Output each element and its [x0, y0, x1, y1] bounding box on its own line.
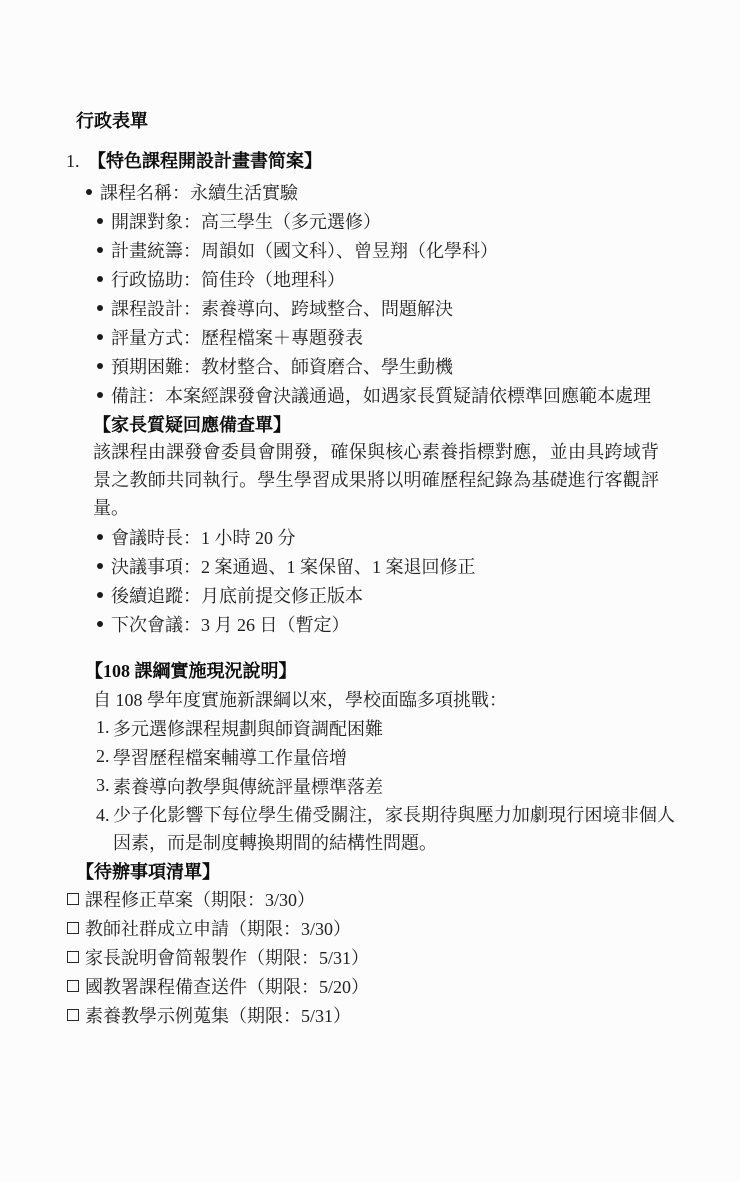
doc-type-label: 行政表單: [76, 110, 740, 132]
bullet-item: 決議事項：2 案通過、1 案保留、1 案退回修正: [97, 551, 740, 580]
checkbox-icon: [67, 893, 79, 905]
bullet-item-text: 計畫統籌：周韻如（國文科）、曾昱翔（化學科）: [111, 237, 498, 263]
bullet-item: 預期困難：教材整合、師資磨合、學生動機: [97, 351, 740, 380]
bullet-item-text: 決議事項：2 案通過、1 案保留、1 案退回修正: [111, 553, 476, 579]
bullet-icon: [97, 218, 103, 224]
bullet-item: 備註：本案經課發會決議通過，如遇家長質疑請依標準回應範本處理: [97, 380, 740, 409]
item-number: 2.: [96, 746, 113, 767]
bullet-icon: [97, 592, 103, 598]
numbered-item: 2. 學習歷程檔案輔導工作量倍增: [96, 742, 740, 771]
bullet-icon: [97, 621, 103, 627]
bullet-icon: [97, 563, 103, 569]
bullet-item-text: 下次會議：3 月 26 日（暫定）: [111, 611, 350, 637]
todo-heading: 【待辦事項清單】: [76, 857, 740, 884]
todo-item-text: 家長說明會简報製作（期限：5/31）: [85, 944, 369, 970]
item-number: 1.: [96, 717, 113, 738]
bullet-item: 後續追蹤：月底前提交修正版本: [97, 580, 740, 609]
checkbox-icon: [67, 922, 79, 934]
numbered-item-text: 學習歷程檔案輔導工作量倍增: [113, 744, 347, 770]
bullet-item: 計畫統籌：周韻如（國文科）、曾昱翔（化學科）: [97, 235, 740, 264]
checkbox-icon: [67, 1009, 79, 1021]
parent-response-subheading: 【家長質疑回應備查單】: [93, 409, 740, 438]
todo-item: 教師社群成立申請（期限：3/30）: [67, 913, 740, 942]
bullet-item-text: 課程設計：素養導向、跨域整合、問題解決: [111, 295, 453, 321]
todo-item-text: 教師社群成立申請（期限：3/30）: [85, 915, 351, 941]
todo-item-text: 國教署課程備查送件（期限：5/20）: [85, 973, 369, 999]
numbered-item-text: 素養導向教學與傳統評量標準落差: [113, 773, 383, 799]
bullet-icon: [86, 189, 92, 195]
section1-heading: 1. 【特色課程開設計畫書简案】: [66, 149, 740, 174]
numbered-item: 1. 多元選修課程規劃與師資調配困難: [96, 713, 740, 742]
numbered-item: 3. 素養導向教學與傳統評量標準落差: [96, 771, 740, 800]
bullet-item-text: 備註：本案經課發會決議通過，如遇家長質疑請依標準回應範本處理: [111, 382, 651, 408]
section1-title: 【特色課程開設計畫書简案】: [88, 149, 322, 174]
section1-number: 1.: [66, 149, 88, 174]
numbered-item-text: 少子化影響下每位學生備受關注，家長期待與壓力加劇現行困境非個人因素，而是制度轉換…: [113, 801, 675, 857]
document-page: 行政表單 1. 【特色課程開設計畫書简案】 課程名稱：永續生活實驗 開課對象：高…: [0, 0, 740, 1182]
todo-item: 課程修正草案（期限：3/30）: [67, 884, 740, 913]
bullet-item-text: 行政協助：简佳玲（地理科）: [111, 266, 345, 292]
bullet-item: 課程設計：素養導向、跨域整合、問題解決: [97, 293, 740, 322]
bullet-item-text: 預期困難：教材整合、師資磨合、學生動機: [111, 353, 453, 379]
bullet-item-text: 課程名稱：永續生活實驗: [100, 179, 298, 205]
todo-item: 素養教學示例蒐集（期限：5/31）: [67, 1000, 740, 1029]
numbered-item: 4. 少子化影響下每位學生備受關注，家長期待與壓力加劇現行困境非個人因素，而是制…: [96, 800, 740, 857]
todo-item: 國教署課程備查送件（期限：5/20）: [67, 971, 740, 1000]
checkbox-icon: [67, 980, 79, 992]
item-number: 4.: [96, 801, 113, 857]
bullet-item-text: 後續追蹤：月底前提交修正版本: [111, 582, 363, 608]
bullet-icon: [97, 392, 103, 398]
curriculum-status-heading: 【108 課綱實施現況說明】: [85, 655, 740, 684]
bullet-icon: [97, 276, 103, 282]
bullet-item: 課程名稱：永續生活實驗: [86, 177, 740, 206]
bullet-icon: [97, 534, 103, 540]
numbered-item-text: 多元選修課程規劃與師資調配困難: [113, 715, 383, 741]
item-number: 3.: [96, 775, 113, 796]
todo-item-text: 素養教學示例蒐集（期限：5/31）: [85, 1002, 351, 1028]
bullet-icon: [97, 305, 103, 311]
bullet-item: 評量方式：歷程檔案＋專題發表: [97, 322, 740, 351]
bullet-item-text: 評量方式：歷程檔案＋專題發表: [111, 324, 363, 350]
bullet-item-text: 開課對象：高三學生（多元選修）: [111, 208, 381, 234]
response-paragraph: 該課程由課發會委員會開發，確保與核心素養指標對應，並由具跨域背景之教師共同執行。…: [93, 438, 659, 522]
bullet-icon: [97, 334, 103, 340]
checkbox-icon: [67, 951, 79, 963]
bullet-icon: [97, 247, 103, 253]
bullet-icon: [97, 363, 103, 369]
bullet-item: 開課對象：高三學生（多元選修）: [97, 206, 740, 235]
bullet-item: 行政協助：简佳玲（地理科）: [97, 264, 740, 293]
bullet-item-text: 會議時長：1 小時 20 分: [111, 524, 296, 550]
bullet-item: 下次會議：3 月 26 日（暫定）: [97, 609, 740, 638]
todo-item-text: 課程修正草案（期限：3/30）: [85, 886, 315, 912]
curriculum-status-intro: 自 108 學年度實施新課綱以來，學校面臨多項挑戰：: [93, 684, 740, 713]
todo-item: 家長說明會简報製作（期限：5/31）: [67, 942, 740, 971]
bullet-item: 會議時長：1 小時 20 分: [97, 522, 740, 551]
